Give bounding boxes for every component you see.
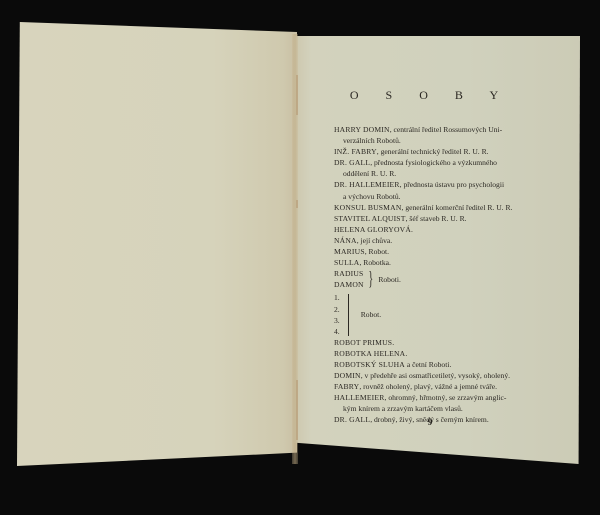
cast-entry: ROBOTKA HELENA. <box>334 348 534 359</box>
character-desc: , šéf staveb R. U. R. <box>406 214 467 223</box>
character-desc: , její chůva. <box>357 236 392 245</box>
cast-entry: KONSUL BUSMAN, generální komerční ředite… <box>334 202 534 213</box>
cast-entry: DR. HALLEMEIER, přednosta ústavu pro psy… <box>334 179 534 201</box>
robot-number: 4. <box>334 326 340 337</box>
cast-list: HARRY DOMIN, centrální ředitel Rossumový… <box>334 124 534 426</box>
character-desc: , v předehře asi osmatřicetiletý, vysoký… <box>361 371 510 380</box>
character-desc: . <box>405 349 407 358</box>
page-title: O S O B Y <box>300 88 560 103</box>
character-name: DAMON <box>334 279 364 290</box>
cast-entry: DR. GALL, přednosta fysiologického a výz… <box>334 157 534 179</box>
binding-stitch <box>296 380 298 440</box>
cast-entry: NÁNA, její chůva. <box>334 235 534 246</box>
group-label: Roboti. <box>378 274 401 285</box>
character-desc-cont: verzálních Robotů. <box>334 135 534 146</box>
character-name: HARRY DOMIN <box>334 125 390 134</box>
character-desc: a četní Roboti. <box>405 360 451 369</box>
character-desc: , přednosta fysiologického a výzkumného <box>370 158 497 167</box>
group-names: RADIUS DAMON <box>334 268 364 290</box>
character-name: HELENA GLORYOVÁ <box>334 225 411 234</box>
right-brace-icon <box>348 294 351 336</box>
character-name: HALLEMEIER <box>334 393 385 402</box>
character-name: DOMIN <box>334 371 361 380</box>
cast-entry: STAVITEL ALQUIST, šéf staveb R. U. R. <box>334 213 534 224</box>
character-desc: , přednosta ústavu pro psychologii <box>400 180 504 189</box>
character-name: STAVITEL ALQUIST <box>334 214 406 223</box>
cast-entry: INŽ. FABRY, generální technický ředitel … <box>334 146 534 157</box>
binding-stitch <box>296 200 298 208</box>
cast-entry: HELENA GLORYOVÁ. <box>334 224 534 235</box>
character-name: KONSUL BUSMAN <box>334 203 402 212</box>
character-description: DOMIN, v předehře asi osmatřicetiletý, v… <box>334 370 534 381</box>
character-name: MARIUS <box>334 247 365 256</box>
character-description: FABRY, rovněž oholený, plavý, vážné a je… <box>334 381 534 392</box>
character-name: FABRY <box>334 382 359 391</box>
cast-entry: ROBOTSKÝ SLUHA a četní Roboti. <box>334 359 534 370</box>
character-desc-cont: oddělení R. U. R. <box>334 168 534 179</box>
group-names: 1. 2. 3. 4. <box>334 292 340 336</box>
character-desc: , rovněž oholený, plavý, vážné a jemné t… <box>359 382 497 391</box>
character-name: RADIUS <box>334 268 364 279</box>
robot-number: 1. <box>334 292 340 303</box>
character-desc: . <box>392 338 394 347</box>
character-name: ROBOTSKÝ SLUHA <box>334 360 405 369</box>
character-desc: . <box>411 225 413 234</box>
robot-group-radius-damon: RADIUS DAMON } Roboti. <box>334 268 534 290</box>
character-desc: , centrální ředitel Rossumových Uni- <box>390 125 502 134</box>
character-desc: , generální technický ředitel R. U. R. <box>377 147 489 156</box>
character-name: SULLA <box>334 258 359 267</box>
character-description: HALLEMEIER, ohromný, hřmotný, se zrzavým… <box>334 392 534 414</box>
robot-number: 3. <box>334 315 340 326</box>
page-number: 9 <box>420 417 440 427</box>
character-name: NÁNA <box>334 236 357 245</box>
character-desc: , Robotka. <box>359 258 390 267</box>
character-name: ROBOT PRIMUS <box>334 338 392 347</box>
character-name: INŽ. FABRY <box>334 147 377 156</box>
robot-group-numbered: 1. 2. 3. 4. Robot. <box>334 292 534 336</box>
character-desc-cont: kým knírem a zrzavým kartáčem vlasů. <box>334 403 534 414</box>
right-brace-icon: } <box>368 269 373 289</box>
cast-entry: MARIUS, Robot. <box>334 246 534 257</box>
character-name: DR. GALL <box>334 158 370 167</box>
binding-stitch <box>296 75 298 115</box>
character-name: DR. HALLEMEIER <box>334 180 400 189</box>
character-desc: , generální komerční ředitel R. U. R. <box>402 203 513 212</box>
cast-entry: SULLA, Robotka. <box>334 257 534 268</box>
cast-entry: ROBOT PRIMUS. <box>334 337 534 348</box>
group-label: Robot. <box>361 309 381 320</box>
character-desc-cont: a výchovu Robotů. <box>334 191 534 202</box>
left-page-blank <box>17 22 297 466</box>
character-desc: , Robot. <box>365 247 389 256</box>
character-name: ROBOTKA HELENA <box>334 349 405 358</box>
robot-number: 2. <box>334 304 340 315</box>
cast-entry: HARRY DOMIN, centrální ředitel Rossumový… <box>334 124 534 146</box>
character-desc: , ohromný, hřmotný, se zrzavým anglic- <box>385 393 507 402</box>
character-name: DR. GALL <box>334 415 370 424</box>
